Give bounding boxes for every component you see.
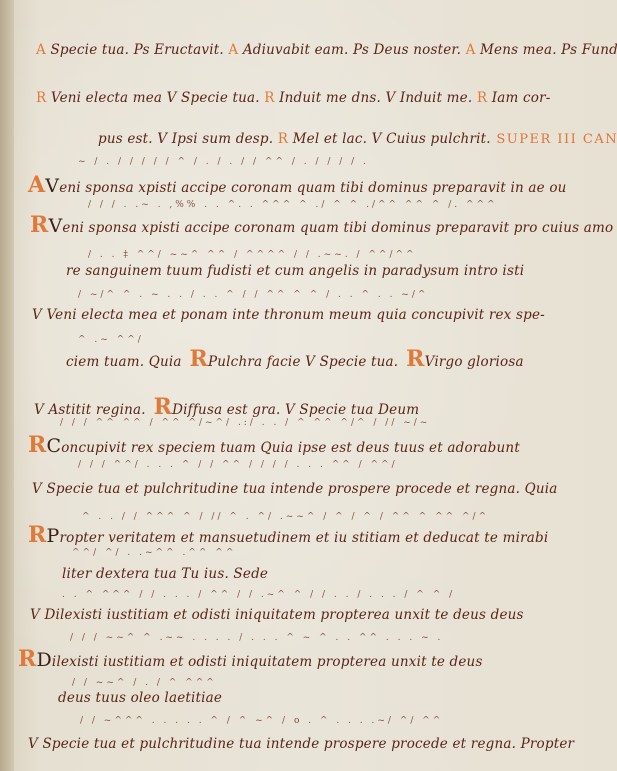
text-line: V Astitit regina. RDiffusa est gra. V Sp… <box>34 394 419 420</box>
rubric-marker: R <box>182 346 208 372</box>
neume-row: . . ^ ^^^ / / . . . / ^^ / / .~^ ^ / / .… <box>62 590 455 600</box>
rubric-marker: R <box>273 131 288 147</box>
neume-row: / . . ‡ ^^/ ~~^ ^^ / ^^^^ / / .~~. / ^^/… <box>88 250 417 260</box>
neume-row: / ~/^ ^ . ~ . . / . . ^ / / ^^ ^ ^ / . .… <box>78 290 428 300</box>
text-line: R Veni electa mea V Specie tua. R Induit… <box>36 90 551 106</box>
text-line: deus tuus oleo laetitiae <box>58 690 222 706</box>
text-segment: Specie tua. Ps Eructavit. <box>46 42 224 58</box>
text-line: V Specie tua et pulchritudine tua intend… <box>28 736 574 752</box>
neume-row: ^^/ ^/ . .~^^ .^^ ^^ <box>72 548 236 558</box>
rubric-marker: A <box>36 42 46 58</box>
rubric-marker: V <box>48 215 62 237</box>
text-segment: Mel et lac. V Cuius pulchrit. <box>288 131 491 147</box>
text-segment: V Veni electa mea et ponam inte thronum … <box>32 307 545 323</box>
rubric-marker: R <box>472 90 487 106</box>
text-segment: Deum <box>374 402 420 418</box>
text-line: V Specie tua et pulchritudine tua intend… <box>32 481 558 497</box>
rubric-marker: SUPER III CANT. <box>491 132 617 147</box>
text-segment: Iam cor- <box>487 90 550 106</box>
text-segment: liter dextera tua <box>62 566 177 582</box>
text-segment: V Dilexisti iustitiam et odisti iniquita… <box>30 607 524 623</box>
neume-row: ^ .~ ^^/ <box>78 335 144 345</box>
rubric-marker: R <box>260 90 275 106</box>
manuscript-page: A Specie tua. Ps Eructavit. A Adiuvabit … <box>0 0 617 771</box>
text-segment: ropter veritatem et mansuetudinem et iu … <box>59 530 548 546</box>
text-segment: Adiuvabit eam. Ps Deus noster. <box>238 42 461 58</box>
rubric-marker: R <box>36 90 46 106</box>
rubric-marker: D <box>36 649 51 671</box>
text-segment: ciem tuam. Quia <box>66 354 182 370</box>
neume-row: / / / ~~^ ^ .~~ . . . . / . . . ^ ~ ^ . … <box>70 633 443 643</box>
rubric-marker: R <box>398 346 424 372</box>
neume-row: / / ~~^ / . / ^ ^^^ <box>72 678 217 688</box>
text-line: AVeni sponsa xpisti accipe coronam quam … <box>28 172 567 198</box>
rubric-marker: A <box>224 42 238 58</box>
text-segment: Tu ius. Sede <box>177 566 268 582</box>
text-segment: pus est. V Ipsi sum desp. <box>98 131 273 147</box>
rubric-marker: V <box>45 175 59 197</box>
text-segment: Virgo gloriosa <box>425 354 524 370</box>
rubric-marker: R <box>30 212 48 238</box>
rubric-marker: P <box>46 525 59 547</box>
rubric-marker: C <box>46 435 61 457</box>
text-segment: V Astitit regina. <box>34 402 146 418</box>
text-segment: oncupivit rex speciem tuam Quia ipse est… <box>61 440 520 456</box>
text-line: A Specie tua. Ps Eructavit. A Adiuvabit … <box>36 42 617 58</box>
text-line: V Dilexisti iustitiam et odisti iniquita… <box>30 607 524 623</box>
text-segment: eni sponsa xpisti accipe coronam quam ti… <box>62 220 613 236</box>
text-line: pus est. V Ipsi sum desp. R Mel et lac. … <box>98 131 617 147</box>
text-line: RVeni sponsa xpisti accipe coronam quam … <box>30 212 613 238</box>
text-segment: Induit me dns. V Induit me. <box>275 90 473 106</box>
text-line: ciem tuam. Quia RPulchra facie V Specie … <box>66 346 524 372</box>
text-segment: eni sponsa xpisti accipe coronam quam ti… <box>59 180 566 196</box>
neume-row: / / / ^^/ . . . ^ / / ^^ / / / / . . . ^… <box>78 460 398 470</box>
neume-row: / / ~^^^ . . . . . ^ / ^ ~^ / o . ^ . . … <box>80 716 443 726</box>
text-line: liter dextera tua Tu ius. Sede <box>62 566 268 582</box>
text-line: RPropter veritatem et mansuetudinem et i… <box>28 522 548 548</box>
text-line: V Veni electa mea et ponam inte thronum … <box>32 307 545 323</box>
neume-row: ^ . . / / ^^^ ^ / // ^ . ^/ .~~^ / ^ / ^… <box>82 512 489 522</box>
text-segment: Veni electa mea V Specie tua. <box>46 90 259 106</box>
page-edge-shadow <box>0 0 14 771</box>
text-segment: Mens mea. Ps Fundamenta. <box>476 42 617 58</box>
rubric-marker: R <box>28 432 46 458</box>
neume-row: / / / ^^ ^^ / ^^ ^/~^/ .:/ . . / ^ ^^ ^/… <box>60 418 430 428</box>
text-segment: Diffusa est gra. V Specie tua <box>172 402 374 418</box>
text-segment: V Specie tua et pulchritudine tua intend… <box>28 736 574 752</box>
text-line: RDilexisti iustitiam et odisti iniquitat… <box>18 646 483 672</box>
rubric-marker: R <box>146 394 172 420</box>
text-line: RConcupivit rex speciem tuam Quia ipse e… <box>28 432 520 458</box>
text-segment: V Specie tua et pulchritudine tua intend… <box>32 481 558 497</box>
text-segment: deus tuus oleo laetitiae <box>58 690 222 706</box>
text-segment: ilexisti iustitiam et odisti iniquitatem… <box>52 654 483 670</box>
neume-row: ~ / . / / / / / ^ / . / . / / ^^ / . / /… <box>78 157 369 167</box>
text-line: re sanguinem tuum fudisti et cum angelis… <box>66 263 524 279</box>
text-segment: re sanguinem tuum fudisti et cum angelis… <box>66 263 524 279</box>
text-segment: Pulchra facie V Specie tua. <box>208 354 398 370</box>
rubric-marker: R <box>28 522 46 548</box>
neume-row: / / / . .~ . ,%% . . ^. . ^^^ ^ ./ ^ ^ .… <box>88 200 498 210</box>
rubric-marker: A <box>28 172 45 198</box>
rubric-marker: R <box>18 646 36 672</box>
rubric-marker: A <box>461 42 475 58</box>
